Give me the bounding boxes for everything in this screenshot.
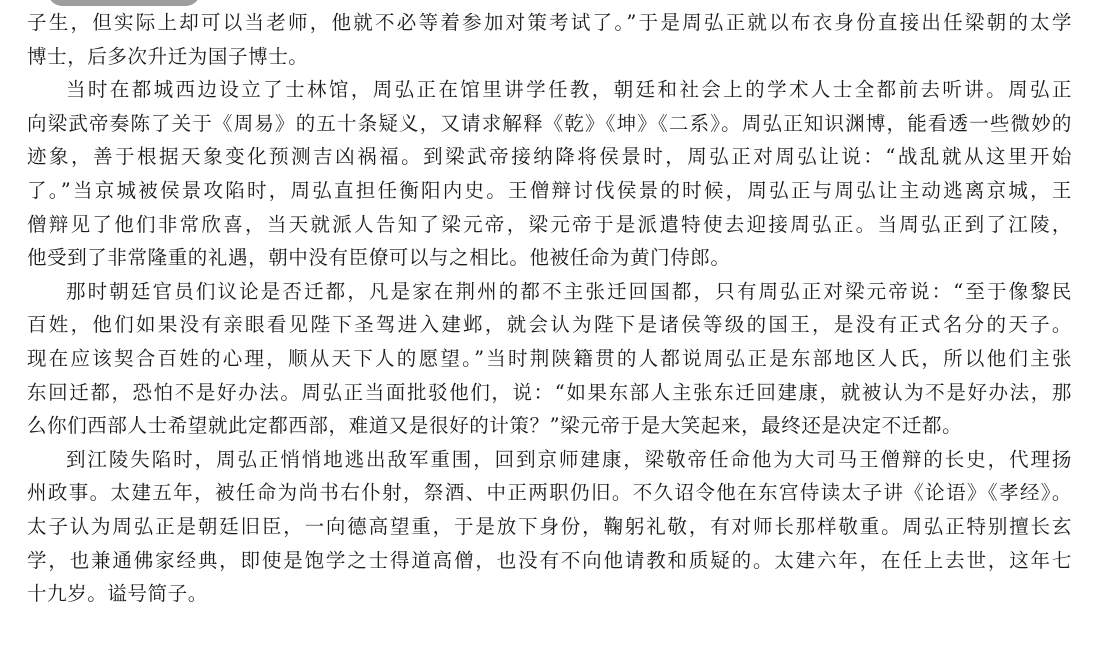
text-line: 么你们西部人士希望就此定都西部，难道又是很好的计策？”梁元帝于是大笑起来，最终还… — [27, 409, 1072, 443]
text-line: 东回迁都，恐怕不是好办法。周弘正当面批驳他们，说：“如果东部人主张东迁回建康，就… — [27, 376, 1072, 410]
text-line: 州政事。太建五年，被任命为尚书右仆射，祭酒、中正两职仍旧。不久诏令他在东宫侍读太… — [27, 476, 1072, 510]
text-line: 他受到了非常隆重的礼遇，朝中没有臣僚可以与之相比。他被任命为黄门侍郎。 — [27, 241, 1072, 275]
text-line: 现在应该契合百姓的心理，顺从天下人的愿望。”当时荆陕籍贯的人都说周弘正是东部地区… — [27, 342, 1072, 376]
text-line: 学，也兼通佛家经典，即使是饱学之士得道高僧，也没有不向他请教和质疑的。太建六年，… — [27, 544, 1072, 578]
text-line: 博士，后多次升迁为国子博士。 — [27, 40, 1072, 74]
document-body: 子生，但实际上却可以当老师，他就不必等着参加对策考试了。”于是周弘正就以布衣身份… — [27, 6, 1072, 611]
text-line: 当时在都城西边设立了士林馆，周弘正在馆里讲学任教，朝廷和社会上的学术人士全都前去… — [27, 73, 1072, 107]
text-line: 了。”当京城被侯景攻陷时，周弘直担任衡阳内史。王僧辩讨伐侯景的时候，周弘正与周弘… — [27, 174, 1072, 208]
text-line: 向梁武帝奏陈了关于《周易》的五十条疑义，又请求解释《乾》《坤》《二系》。周弘正知… — [27, 107, 1072, 141]
text-line: 百姓，他们如果没有亲眼看见陛下圣驾进入建邺，就会认为陛下是诸侯等级的国王，是没有… — [27, 308, 1072, 342]
text-line: 子生，但实际上却可以当老师，他就不必等着参加对策考试了。”于是周弘正就以布衣身份… — [27, 6, 1072, 40]
text-line: 那时朝廷官员们议论是否迁都，凡是家在荆州的都不主张迁回国都，只有周弘正对梁元帝说… — [27, 275, 1072, 309]
text-line: 迹象，善于根据天象变化预测吉凶祸福。到梁武帝接纳降将侯景时，周弘正对周弘让说：“… — [27, 140, 1072, 174]
text-line: 太子认为周弘正是朝廷旧臣，一向德高望重，于是放下身份，鞠躬礼敬，有对师长那样敬重… — [27, 510, 1072, 544]
text-line: 到江陵失陷时，周弘正悄悄地逃出敌军重围，回到京师建康，梁敬帝任命他为大司马王僧辩… — [27, 443, 1072, 477]
text-line: 僧辩见了他们非常欣喜，当天就派人告知了梁元帝，梁元帝于是派遣特使去迎接周弘正。当… — [27, 208, 1072, 242]
text-line: 十九岁。谥号简子。 — [27, 577, 1072, 611]
